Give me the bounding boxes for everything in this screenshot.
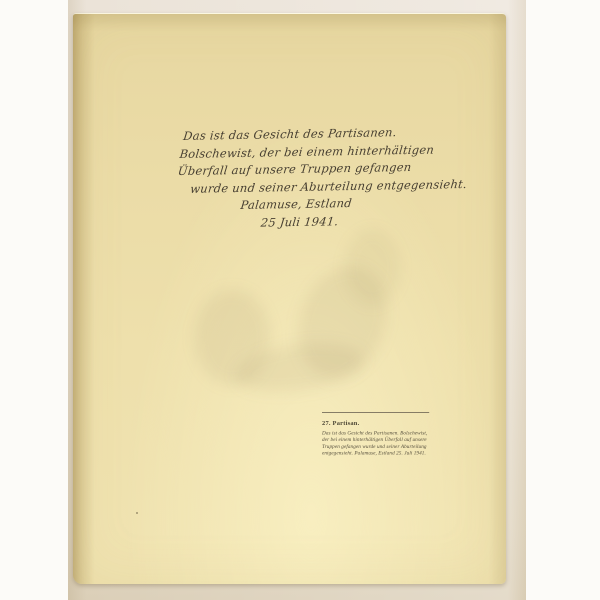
handwriting-line: 25 Juli 1941. (260, 211, 412, 231)
document-paper (73, 13, 506, 584)
handwritten-note: Das ist das Gesicht des Partisanen. Bols… (179, 124, 411, 233)
paper-speck (136, 512, 138, 514)
caption-number-title: 27. Partisan. (322, 419, 434, 426)
caption-line: der bei einem hinterhältigen Überfall au… (322, 437, 434, 444)
printed-caption: 27. Partisan. Das ist das Gesicht des Pa… (322, 412, 434, 457)
handwriting-line: Palamuse, Estland (240, 194, 412, 215)
caption-line: entgegensieht. Palamuse, Estland 25. Jul… (322, 451, 434, 458)
caption-line: Truppen gefangen wurde und seiner Aburte… (322, 444, 434, 451)
caption-rule (322, 412, 429, 413)
showthrough-smudge (345, 230, 400, 305)
